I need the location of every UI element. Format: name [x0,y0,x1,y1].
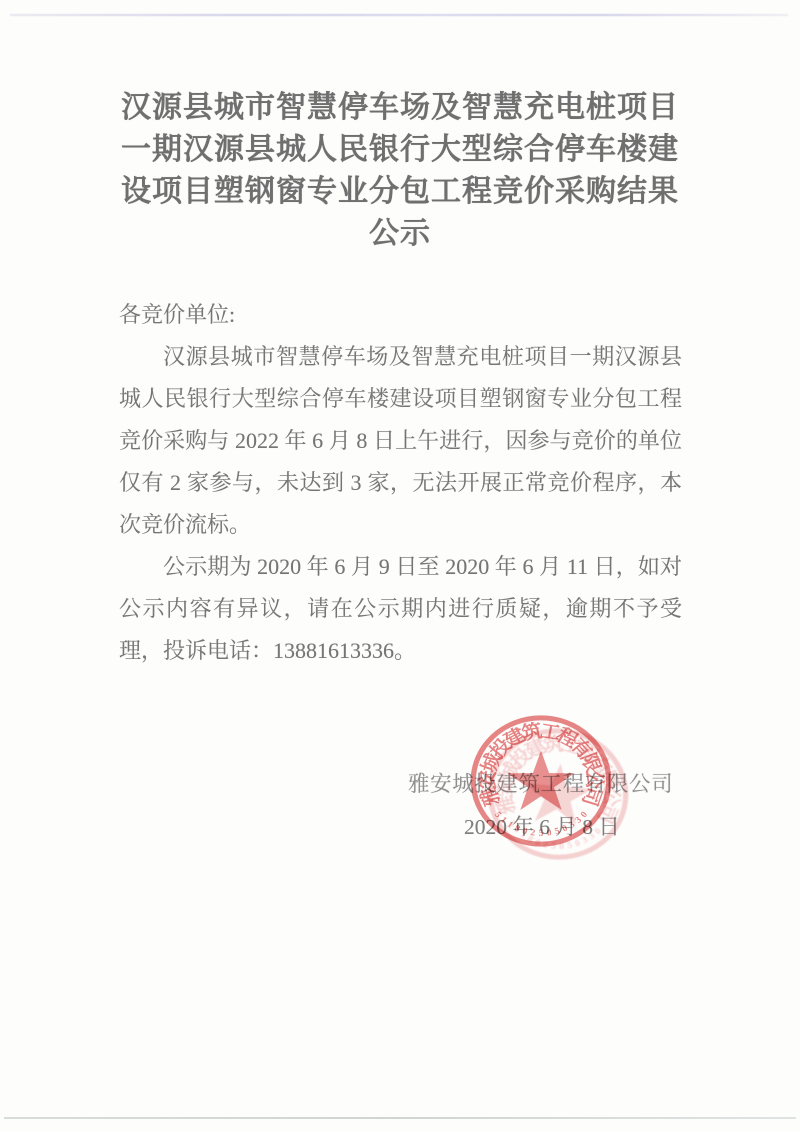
title-line-3: 设项目塑钢窗专业分包工程竞价采购结果 [100,171,700,213]
title-line-4: 公示 [100,213,700,255]
svg-text:5: 5 [554,826,562,837]
svg-text:5: 5 [539,829,544,839]
svg-text:0: 0 [521,827,529,838]
scanned-document-page: 汉源县城市智慧停车场及智慧充电桩项目 一期汉源县城人民银行大型综合停车楼建 设项… [0,0,800,1132]
svg-text:0: 0 [546,828,553,838]
paragraph-bid-result: 汉源县城市智慧停车场及智慧充电桩项目一期汉源县城人民银行大型综合停车楼建设项目塑… [119,336,682,546]
svg-text:0: 0 [579,810,590,820]
scan-artifact-top-line [10,14,788,16]
title-line-1: 汉源县城市智慧停车场及智慧充电桩项目 [100,87,700,129]
scan-artifact-bottom-line [4,1117,796,1119]
svg-text:8: 8 [513,824,522,835]
salutation: 各竞价单位: [119,294,682,336]
paragraph-publicity-period: 公示期为 2020 年 6 月 9 日至 2020 年 6 月 11 日，如对公… [119,546,682,672]
document-body: 各竞价单位: 汉源县城市智慧停车场及智慧充电桩项目一期汉源县城人民银行大型综合停… [119,294,682,672]
seal-icon: 雅安城投建筑工程有限公司5118025050330 [453,699,629,863]
company-seal-stamp: 雅安城投建筑工程有限公司5118025050330 [453,699,629,863]
title-line-2: 一期汉源县城人民银行大型综合停车楼建 [100,129,700,171]
document-title: 汉源县城市智慧停车场及智慧充电桩项目 一期汉源县城人民银行大型综合停车楼建 设项… [100,87,700,255]
svg-text:2: 2 [530,828,537,838]
